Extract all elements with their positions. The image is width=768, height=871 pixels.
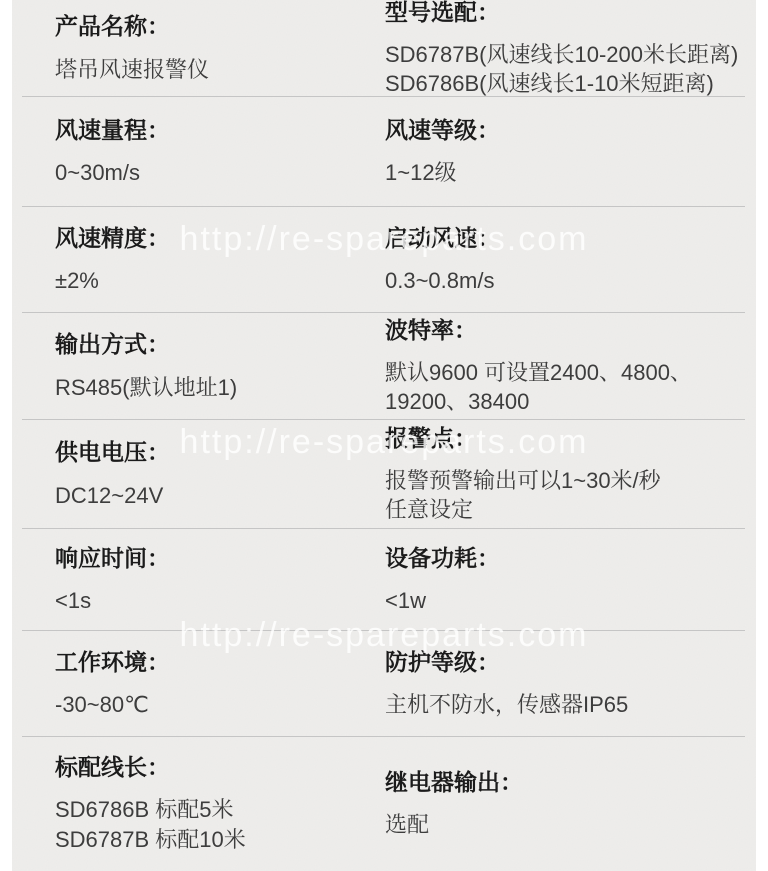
spec-label: 风速量程： <box>55 117 385 143</box>
spec-value: RS485(默认地址1) <box>55 373 385 402</box>
spec-value-line: 0~30m/s <box>55 158 385 187</box>
spec-row: 风速量程： 0~30m/s 风速等级： 1~12级 <box>12 97 756 207</box>
spec-cell-right: 波特率： 默认9600 可设置2400、4800、19200、38400 <box>385 313 756 420</box>
spec-row: 工作环境： -30~80℃ 防护等级： 主机不防水，传感器IP65 <box>12 631 756 737</box>
spec-label: 设备功耗： <box>385 545 746 571</box>
spec-value: 主机不防水，传感器IP65 <box>385 690 746 719</box>
spec-value-line: 塔吊风速报警仪 <box>55 55 385 84</box>
spec-value: -30~80℃ <box>55 690 385 719</box>
spec-value: <1s <box>55 586 385 615</box>
spec-label: 产品名称： <box>55 13 385 39</box>
spec-label: 响应时间： <box>55 545 385 571</box>
spec-value-line: 主机不防水，传感器IP65 <box>385 690 746 719</box>
spec-cell-right: 防护等级： 主机不防水，传感器IP65 <box>385 631 756 737</box>
spec-value-line: 默认9600 可设置2400、4800、 <box>385 358 746 387</box>
spec-cell-left: 产品名称： 塔吊风速报警仪 <box>12 0 385 97</box>
spec-cell-left: 输出方式： RS485(默认地址1) <box>12 313 385 420</box>
spec-value: ±2% <box>55 266 385 295</box>
spec-label: 型号选配： <box>385 0 746 25</box>
spec-value-line: SD6786B(风速线长1-10米短距离) <box>385 69 746 98</box>
spec-cell-right: 继电器输出： 选配 <box>385 737 756 871</box>
spec-value: 1~12级 <box>385 158 746 187</box>
spec-value: SD6786B 标配5米SD6787B 标配10米 <box>55 795 385 854</box>
spec-value-line: 任意设定 <box>385 495 746 524</box>
spec-value-line: RS485(默认地址1) <box>55 373 385 402</box>
spec-label: 启动风速： <box>385 225 746 251</box>
spec-value: 0.3~0.8m/s <box>385 266 746 295</box>
spec-row: 风速精度： ±2% 启动风速： 0.3~0.8m/s <box>12 207 756 313</box>
spec-cell-left: 工作环境： -30~80℃ <box>12 631 385 737</box>
spec-cell-left: 风速精度： ±2% <box>12 207 385 313</box>
spec-value-line: 报警预警输出可以1~30米/秒 <box>385 466 746 495</box>
product-spec-page: 产品名称： 塔吊风速报警仪 型号选配： SD6787B(风速线长10-200米长… <box>0 0 768 871</box>
spec-value: 塔吊风速报警仪 <box>55 55 385 84</box>
spec-cell-right: 启动风速： 0.3~0.8m/s <box>385 207 756 313</box>
spec-cell-left: 风速量程： 0~30m/s <box>12 97 385 207</box>
spec-label: 风速等级： <box>385 117 746 143</box>
spec-value: 0~30m/s <box>55 158 385 187</box>
spec-row: 产品名称： 塔吊风速报警仪 型号选配： SD6787B(风速线长10-200米长… <box>12 0 756 97</box>
spec-cell-right: 报警点： 报警预警输出可以1~30米/秒任意设定 <box>385 420 756 529</box>
spec-label: 继电器输出： <box>385 769 746 795</box>
spec-cell-left: 供电电压： DC12~24V <box>12 420 385 529</box>
spec-value: 默认9600 可设置2400、4800、19200、38400 <box>385 358 746 417</box>
spec-cell-right: 设备功耗： <1w <box>385 529 756 631</box>
spec-rows: 产品名称： 塔吊风速报警仪 型号选配： SD6787B(风速线长10-200米长… <box>12 0 756 871</box>
spec-value: 选配 <box>385 810 746 839</box>
spec-label: 供电电压： <box>55 439 385 465</box>
spec-value-line: -30~80℃ <box>55 690 385 719</box>
spec-value: SD6787B(风速线长10-200米长距离)SD6786B(风速线长1-10米… <box>385 40 746 99</box>
spec-label: 防护等级： <box>385 649 746 675</box>
spec-value: <1w <box>385 586 746 615</box>
spec-row: 标配线长： SD6786B 标配5米SD6787B 标配10米 继电器输出： 选… <box>12 737 756 871</box>
spec-value-line: ±2% <box>55 266 385 295</box>
spec-value-line: 选配 <box>385 810 746 839</box>
spec-label: 波特率： <box>385 317 746 343</box>
spec-cell-left: 标配线长： SD6786B 标配5米SD6787B 标配10米 <box>12 737 385 871</box>
spec-value-line: <1s <box>55 586 385 615</box>
spec-value-line: SD6787B(风速线长10-200米长距离) <box>385 40 746 69</box>
spec-value-line: 0.3~0.8m/s <box>385 266 746 295</box>
spec-cell-right: 风速等级： 1~12级 <box>385 97 756 207</box>
spec-value-line: DC12~24V <box>55 481 385 510</box>
spec-table: 产品名称： 塔吊风速报警仪 型号选配： SD6787B(风速线长10-200米长… <box>12 0 756 871</box>
spec-value-line: <1w <box>385 586 746 615</box>
spec-value: 报警预警输出可以1~30米/秒任意设定 <box>385 466 746 525</box>
spec-value-line: 1~12级 <box>385 158 746 187</box>
spec-label: 工作环境： <box>55 649 385 675</box>
spec-label: 风速精度： <box>55 225 385 251</box>
spec-value-line: 19200、38400 <box>385 387 746 416</box>
spec-value-line: SD6786B 标配5米 <box>55 795 385 824</box>
spec-cell-right: 型号选配： SD6787B(风速线长10-200米长距离)SD6786B(风速线… <box>385 0 756 97</box>
spec-row: 输出方式： RS485(默认地址1) 波特率： 默认9600 可设置2400、4… <box>12 313 756 420</box>
spec-label: 标配线长： <box>55 754 385 780</box>
spec-label: 报警点： <box>385 425 746 451</box>
spec-value: DC12~24V <box>55 481 385 510</box>
spec-label: 输出方式： <box>55 331 385 357</box>
spec-cell-left: 响应时间： <1s <box>12 529 385 631</box>
spec-row: 供电电压： DC12~24V 报警点： 报警预警输出可以1~30米/秒任意设定 <box>12 420 756 529</box>
spec-row: 响应时间： <1s 设备功耗： <1w <box>12 529 756 631</box>
spec-value-line: SD6787B 标配10米 <box>55 825 385 854</box>
